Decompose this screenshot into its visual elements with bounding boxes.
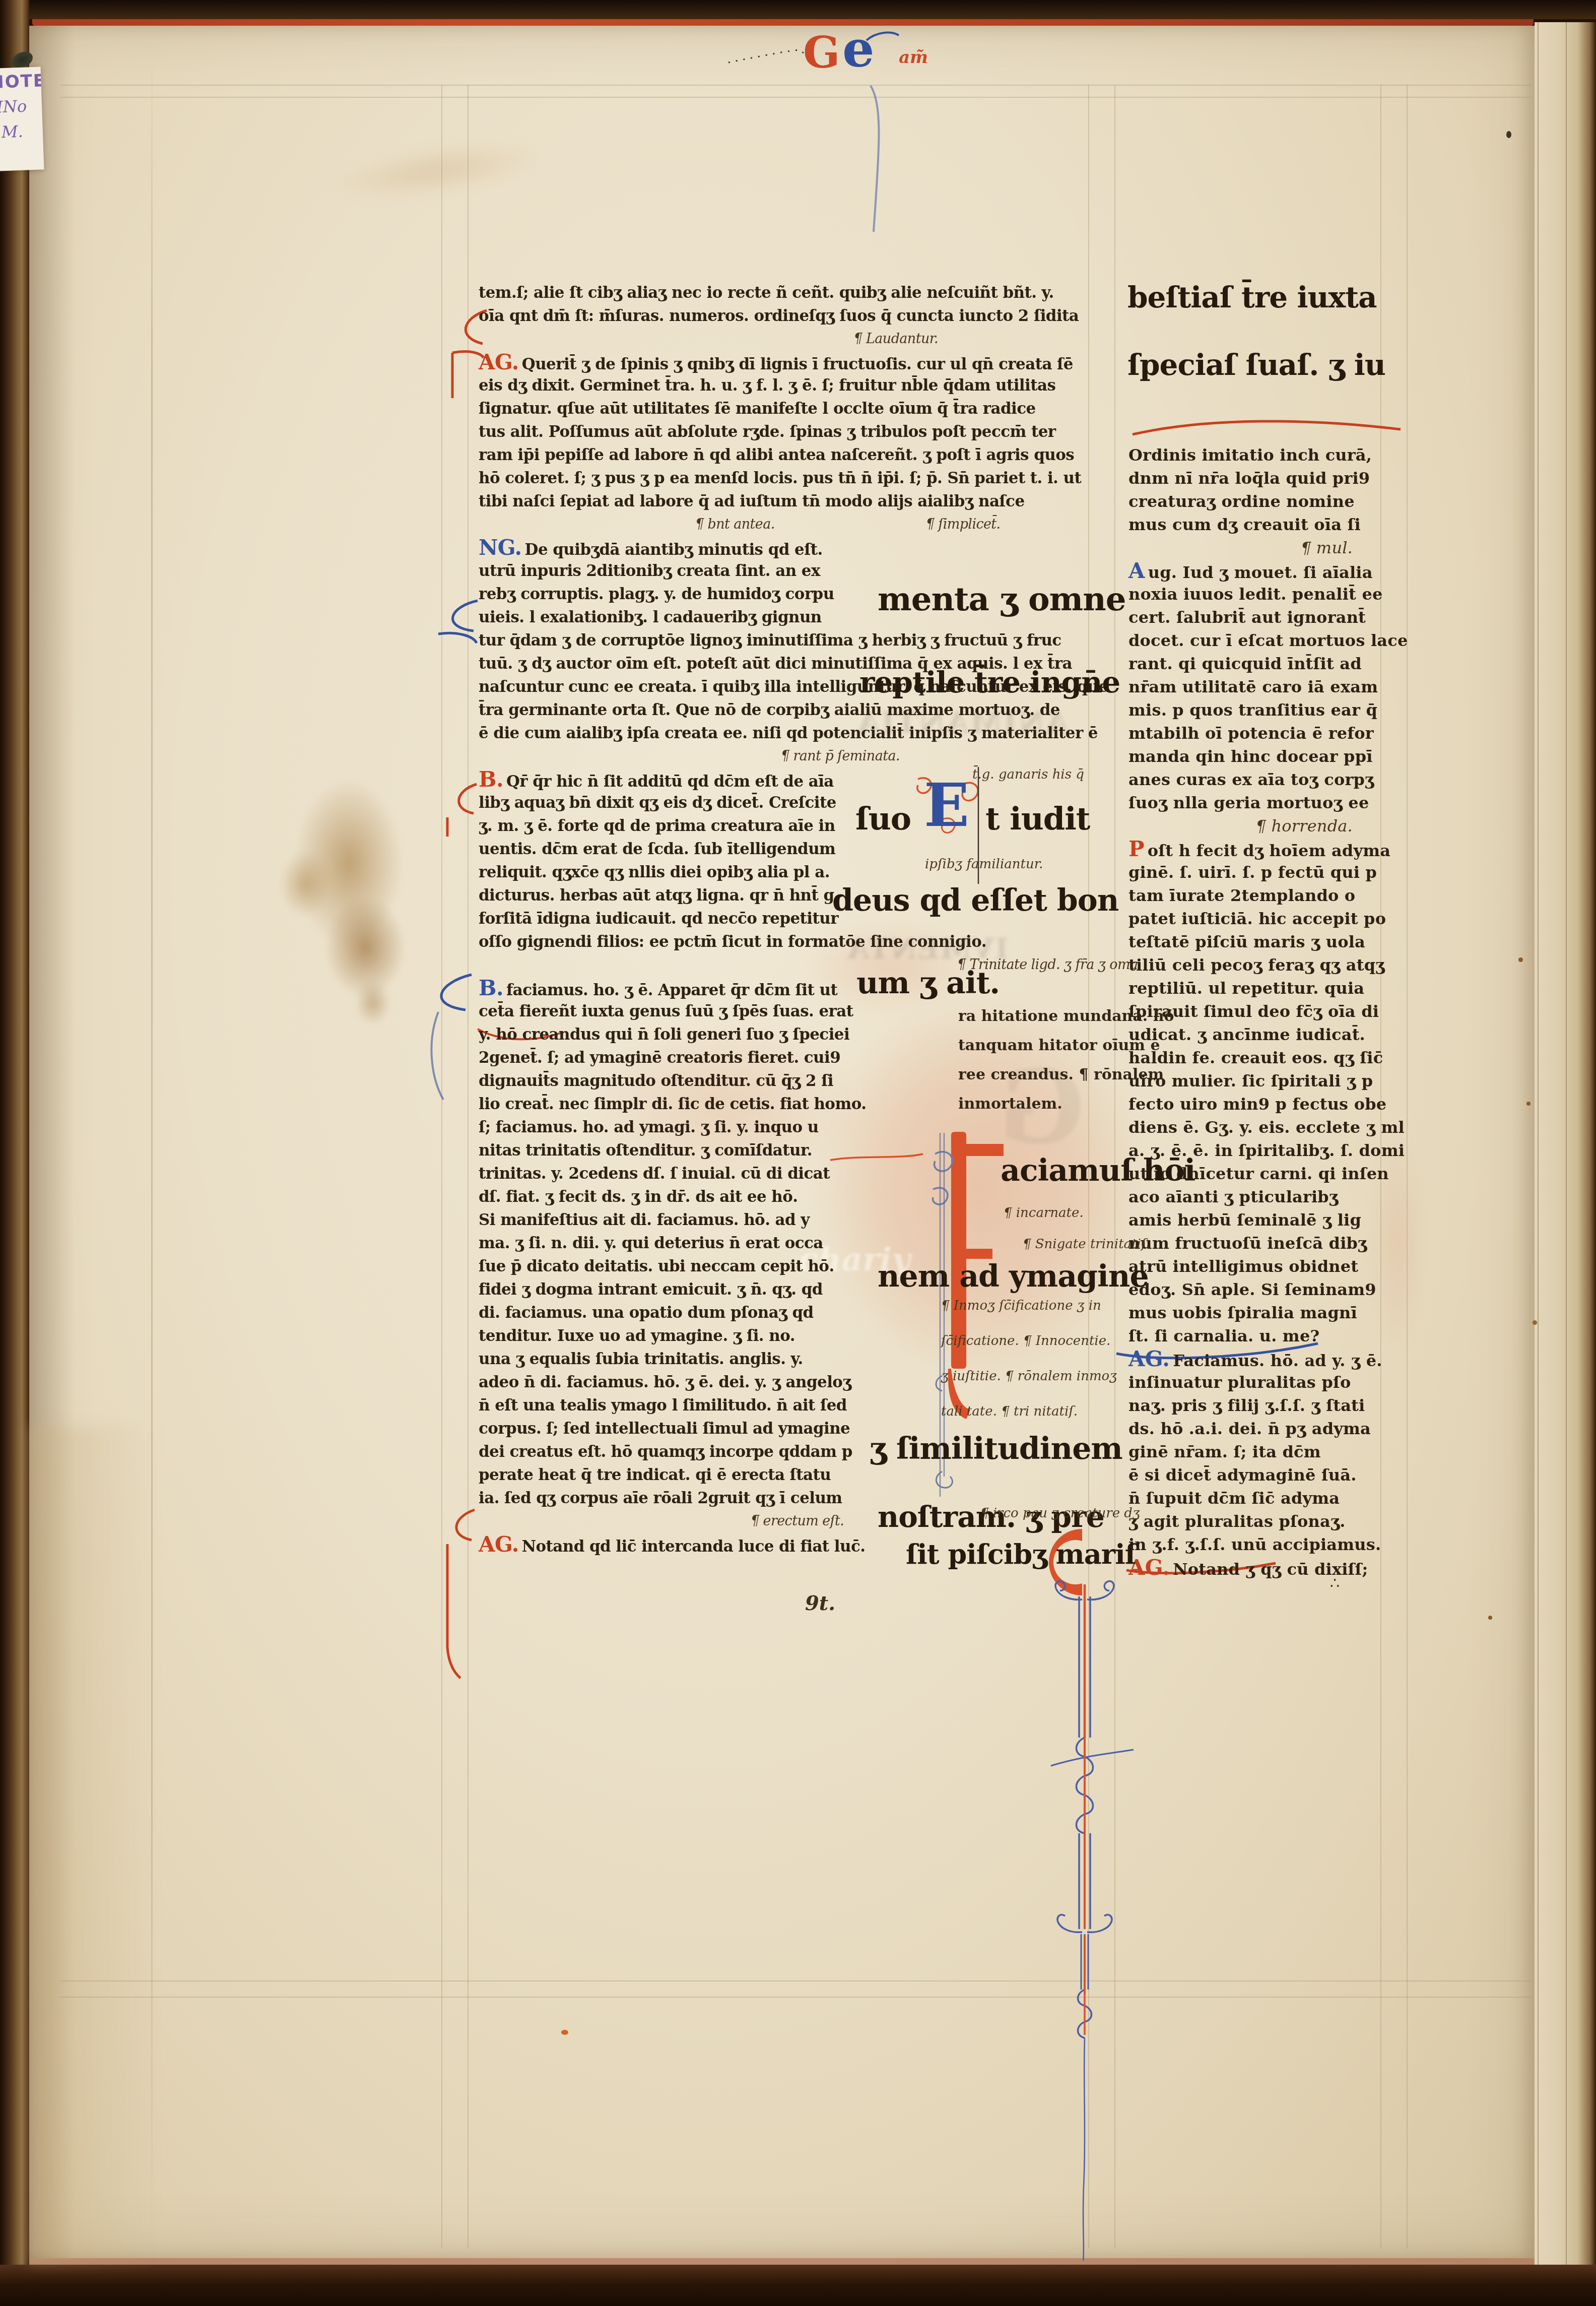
line-text: ia. ſed qʒ corpus aīe rōali 2gruit qʒ ī … <box>479 1489 842 1507</box>
text-line: Aug. Iud ʒ mouet. ſi aīalia <box>1128 559 1383 583</box>
line-text: t̄ra germinante orta ſt. Que nō de corpi… <box>479 701 1060 719</box>
gloss-block-line: inmortalem. <box>958 1090 1140 1119</box>
line-text: rant. qi quicquid īnt̄ſit ad <box>1128 654 1362 673</box>
leather-binding-bottom <box>0 2265 1596 2306</box>
text-line: aco aīanti ʒ pticularibʒ <box>1128 1185 1383 1208</box>
line-text: trinitas. y. 2cedens dſ. ſ inuial. cū di… <box>479 1165 830 1183</box>
line-text: ug. Iud ʒ mouet. ſi aīalia <box>1148 563 1373 582</box>
line-text: cert. ſalubrit̄ aut ignorant̄ <box>1128 608 1366 627</box>
text-line: mus uobis ſpiralia magnī <box>1128 1301 1383 1324</box>
text-line: manda qin hinc docear ppī <box>1128 745 1383 768</box>
text-line: utrū inpuris 2ditionibʒ creata ſint. an … <box>479 559 1089 583</box>
line-text: Ordinis imitatio inch curā, <box>1128 445 1372 465</box>
line-text: aco aīanti ʒ pticularibʒ <box>1128 1187 1338 1206</box>
line-text: reptiliū. ul repetitur. quia <box>1128 979 1364 998</box>
red-dyed-page-edge <box>32 19 1534 26</box>
label-text: LIOTE <box>0 71 41 93</box>
line-text: n̄ eſt una tealis ymago l ſimilitudo. n̄… <box>479 1396 847 1415</box>
running-header-letter-g: G <box>803 27 840 78</box>
left-text-column: tem.ſ; alie ſt cibʒ aliaʒ nec io recte ñ… <box>479 281 1089 1556</box>
ruling-line <box>60 97 1532 98</box>
line-text: udicat. ʒ ancīnme iudicat̄. <box>1128 1025 1365 1044</box>
line-text: y. hō creandus qui n̄ ſoli generi ſuo ʒ … <box>479 1026 849 1044</box>
line-text: edoʒ. Sn̄ aple. Si ſeminam9 <box>1128 1280 1376 1299</box>
line-text: tem.ſ; alie ſt cibʒ aliaʒ nec io recte ñ… <box>479 284 1054 302</box>
interlinear-gloss: t̄.g. ganaris his q̄ <box>972 767 1084 782</box>
line-text: manda qin hinc docear ppī <box>1128 747 1373 766</box>
text-line: ʒ agit pluralitas pſonaʒ. <box>1128 1510 1383 1533</box>
line-text: tibi naſci ſepiat ad labore q̄ ad iuſtum… <box>479 492 1025 510</box>
text-line: patet iuſticiā. hic accepit po <box>1128 907 1383 930</box>
text-line: oſſo gignendi filios: ee pctm̄ ſicut in … <box>479 930 1089 953</box>
text-line: mus cum dʒ creauit oīa ſi <box>1128 513 1383 536</box>
line-text: oſſo gignendi filios: ee pctm̄ ſicut in … <box>479 933 986 951</box>
bible-text-display-line: reptile t̄re ingn̄e <box>859 665 1120 699</box>
line-text: ¶ Laudantur. <box>853 331 938 347</box>
bible-text-display-line: nem ad ymagine <box>878 1259 1149 1294</box>
text-line: ¶ mul. <box>1128 536 1383 559</box>
line-text: cet̄a fiereñt iuxta genus ſuū ʒ ſpēs ſua… <box>479 1002 853 1020</box>
line-text: in ʒ.f. ʒ.ſ.ſ. unū accipiamus. <box>1128 1535 1381 1554</box>
label-text: INo <box>0 96 42 116</box>
text-line: perate heat q̄ tre indicat. qi ē erecta … <box>479 1463 1089 1487</box>
text-line: ſuoʒ nlla geria mortuoʒ ee <box>1128 791 1383 814</box>
fore-edge-line <box>1538 22 1539 2265</box>
line-text: nitas trinitatis oſtenditur. ʒ comīſdatu… <box>479 1141 812 1160</box>
text-line: tam īurate 2templando o <box>1128 884 1383 907</box>
gloss-block-line: tanquam hitator oīum e <box>958 1031 1140 1060</box>
text-line: ds. hō .a.i. dei. n̄ pʒ adyma <box>1128 1417 1383 1440</box>
line-text: uiro mulier. ſic ſpiritali ʒ p <box>1128 1071 1373 1091</box>
ruling-line <box>468 85 469 2249</box>
bible-text-display-line: menta ʒ omne <box>878 581 1126 618</box>
text-line: diens ē. Gʒ. y. eis. ecclete ʒ ml <box>1128 1116 1383 1139</box>
bible-text-display-line: ſit piſcibʒ mariſ <box>906 1538 1136 1570</box>
colored-initial: P <box>1128 837 1145 861</box>
red-paragraph-bracket-tail <box>442 1506 483 1687</box>
text-line: nitas trinitatis oſtenditur. ʒ comīſdatu… <box>479 1139 1089 1162</box>
line-text: lio creat̄. nec ſimplr di. ſic de cetis.… <box>479 1095 866 1113</box>
line-text: ſ; faciamus. ho. ad ymagi. ʒ ſi. y. inqu… <box>479 1118 819 1136</box>
line-text: atrū intelligimus obidnet <box>1128 1257 1358 1276</box>
fore-edge-leaves <box>1535 22 1596 2265</box>
line-text: ſuoʒ nlla geria mortuoʒ ee <box>1128 793 1369 812</box>
pen-trial-dashes <box>725 43 816 74</box>
parchment-crease <box>151 45 153 2243</box>
bible-text-display-line: um ʒ ait. <box>856 966 1000 1001</box>
text-line: in ʒ.f. ʒ.ſ.ſ. unū accipiamus. <box>1128 1533 1383 1556</box>
text-line: ſignatur. qſue aūt utilitates ſē manifeſ… <box>479 397 1089 420</box>
line-text: dignauit̄s magnitudo oſtenditur. cū q̄ʒ … <box>479 1072 833 1090</box>
colored-initial: B. <box>479 767 503 792</box>
line-text: Notand qd lic̄ intercanda luce di fiat l… <box>522 1538 866 1556</box>
line-text: tiliū celi pecoʒ feraʒ qʒ atqʒ <box>1128 955 1385 975</box>
line-text: ¶ mul. <box>1301 538 1353 557</box>
line-text: mus cum dʒ creauit oīa ſi <box>1128 515 1361 534</box>
colored-initial: NG. <box>479 535 522 560</box>
rust-speck <box>1488 1616 1492 1620</box>
orange-speck <box>561 2030 568 2035</box>
line-text: num fructuoſū ineſcā dibʒ <box>1128 1234 1367 1253</box>
text-line: ē si dicet̄ adymaginē ſuā. <box>1128 1463 1383 1487</box>
rust-speck <box>1518 957 1523 962</box>
text-line: ram ip̄i pepiſſe ad labore n̄ qd alibi a… <box>479 443 1089 467</box>
line-text: ginē. ſ. uirī. ſ. p fectū qui p <box>1128 863 1377 882</box>
text-line: t̄ra germinante orta ſt. Que nō de corpi… <box>479 698 1089 722</box>
line-text: dſ. fiat. ʒ fecit ds. ʒ in dr̄. ds ait e… <box>479 1188 797 1206</box>
colored-initial: AG. <box>479 350 519 374</box>
line-text: ds. hō .a.i. dei. n̄ pʒ adyma <box>1128 1419 1371 1438</box>
ruling-line <box>60 85 1532 86</box>
text-line: teſtatē piſciū maris ʒ uola <box>1128 930 1383 953</box>
interlinear-gloss: ¶ Inmoʒ ſc̄ificatione ʒ in <box>941 1298 1101 1313</box>
line-text: dicturus. herbas aūt atqʒ ligna. qr n̄ h… <box>479 886 834 905</box>
text-line: fecto uiro min9 p fectus obe <box>1128 1093 1383 1116</box>
line-text: mtabilh oī potencia ē refor <box>1128 724 1374 743</box>
line-text: ginē nr̄am. ſ; ita dc̄m <box>1128 1442 1321 1461</box>
line-text: ma. ʒ ſi. n. dii. y. qui deterius n̄ era… <box>479 1234 823 1252</box>
line-text: ē die cum aialibʒ ipſa creata ee. niſi q… <box>479 724 1098 742</box>
ruling-line <box>60 1997 1532 1998</box>
ruling-line <box>60 1980 1532 1981</box>
text-line: anes curas ex aīa toʒ corpʒ <box>1128 768 1383 791</box>
interlinear-gloss-block: ra hitatione mundana. hōtanquam hitator … <box>958 1002 1140 1119</box>
text-line: haldin fe. creauit eos. qʒ ſic̄ <box>1128 1046 1383 1069</box>
ink-speck <box>1506 131 1511 138</box>
text-line: ginē. ſ. uirī. ſ. p fectū qui p <box>1128 861 1383 884</box>
line-text: patet iuſticiā. hic accepit po <box>1128 909 1386 928</box>
text-line: ſt. ſi carnalia. u. me? <box>1128 1324 1383 1348</box>
text-line: num fructuoſū ineſcā dibʒ <box>1128 1232 1383 1255</box>
leather-binding-top <box>0 0 1596 19</box>
line-text: uieis. l exalationibʒ. l cadaueribʒ gign… <box>479 608 822 626</box>
text-line: edoʒ. Sn̄ aple. Si ſeminam9 <box>1128 1278 1383 1301</box>
text-line: ¶ horrenda. <box>1128 814 1383 838</box>
interlinear-gloss: tali tate. ¶ tri nitatiſ. <box>941 1404 1078 1419</box>
text-line: atrū intelligimus obidnet <box>1128 1255 1383 1278</box>
text-line: eis dʒ dixit. Germinet t̄ra. h. u. ʒ f. … <box>479 374 1089 397</box>
rust-speck <box>1533 1320 1537 1325</box>
line-text: ram ip̄i pepiſſe ad labore n̄ qd alibi a… <box>479 446 1074 464</box>
line-text: ſt. ſi carnalia. u. me? <box>1128 1326 1319 1346</box>
colored-initial: AG. <box>479 1532 519 1557</box>
text-line: amis herbū ſeminalē ʒ lig <box>1128 1208 1383 1232</box>
line-text: perate heat q̄ tre indicat. qi ē erecta … <box>479 1466 831 1484</box>
text-line: AG.Faciamus. hō. ad y. ʒ ē. <box>1128 1348 1383 1371</box>
text-line: creaturaʒ ordine nomine <box>1128 490 1383 513</box>
text-line: mtabilh oī potencia ē refor <box>1128 722 1383 745</box>
text-line: reptiliū. ul repetitur. quia <box>1128 977 1383 1000</box>
line-text: di. faciamus. una opatio dum pſonaʒ qd <box>479 1304 814 1322</box>
line-text: tus alit. Poſſumus aūt abſolute rʒde. ſp… <box>479 423 1056 441</box>
line-text: amis herbū ſeminalē ʒ lig <box>1128 1210 1361 1230</box>
line-text: mis. p quos tranſitius ear q̄ <box>1128 700 1377 720</box>
red-paraph-and-pen-flourish <box>1039 1526 1150 2272</box>
catchword-mark: 9t. <box>805 1591 835 1615</box>
line-text: oīa qnt dm̄ ſt: m̄ſuras. numeros. ordine… <box>479 307 1079 325</box>
label-text: M. <box>1 121 43 142</box>
line-text: corpus. ſ; ſed intellectuali ſimul ad ym… <box>479 1420 850 1438</box>
line-text: anes curas ex aīa toʒ corpʒ <box>1128 770 1374 789</box>
text-line: hō coleret. ſ; ʒ pus ʒ p ea menſd locis.… <box>479 467 1089 490</box>
text-line: nr̄am utilitatē caro iā exam <box>1128 675 1383 698</box>
text-line: tur q̄dam ʒ de corruptōe lignoʒ iminutiſ… <box>479 629 1089 652</box>
text-line: tiliū celi pecoʒ feraʒ qʒ atqʒ <box>1128 953 1383 977</box>
text-line: ¶ Laudantur. <box>479 328 1089 351</box>
text-line: Si manifeſtius ait di. faciamus. hō. ad … <box>479 1208 1089 1232</box>
text-line: ¶ bnt antea.¶ ſimplicet̄. <box>479 513 1089 536</box>
line-text: rebʒ corruptis. plagʒ. y. de humidoʒ cor… <box>479 585 834 603</box>
text-line: NG.De quibʒdā aiantibʒ minutis qd eſt. <box>479 536 1089 559</box>
line-text: ſue p̄ dicato deitatis. ubi neccam cepit… <box>479 1257 834 1275</box>
line-text: tenditur. Iuxe uo ad ymagine. ʒ ſi. no. <box>479 1327 795 1345</box>
line-text: docet. cur ī eſcat mortuos lace <box>1128 631 1408 650</box>
text-line: uiro mulier. ſic ſpiritali ʒ p <box>1128 1069 1383 1093</box>
red-paragraph-bracket <box>443 780 484 841</box>
text-line: tibi naſci ſepiat ad labore q̄ ad iuſtum… <box>479 490 1089 513</box>
header-red-squiggle: am̃ <box>899 47 928 68</box>
line-text: hō coleret. ſ; ʒ pus ʒ p ea menſd locis.… <box>479 469 1081 487</box>
text-line: una ʒ equalis ſubia trinitatis. anglis. … <box>479 1348 1089 1371</box>
line-text: faciamus. ho. ʒ ē. Apparet q̄r dc̄m ſit … <box>506 981 837 999</box>
ruling-line <box>441 85 442 2249</box>
text-line: AG.Querit̄ ʒ de ſpinis ʒ qnibʒ dī lignis… <box>479 351 1089 374</box>
bible-text-display-line: deus qd eſſet bon <box>832 883 1118 918</box>
line-text: dei creatus eſt. hō quamqʒ incorpe qddam… <box>479 1443 852 1461</box>
line-text: De quibʒdā aiantibʒ minutis qd eſt. <box>525 541 823 559</box>
library-label: LIOTE INo M. <box>0 67 44 171</box>
line-text: ¶ erectum eſt. <box>751 1513 844 1529</box>
colored-initial: AG. <box>1128 1347 1170 1371</box>
line-text: n̄ ſupuit dc̄m ſic̄ adyma <box>1128 1489 1340 1508</box>
text-line: dnm nī nr̄a loq̄la quid pri9 <box>1128 467 1383 490</box>
line-text: inſinuatur pluralitas pſo <box>1128 1373 1351 1392</box>
line-text: diens ē. Gʒ. y. eis. ecclete ʒ ml <box>1128 1118 1405 1137</box>
text-line: ſ; faciamus. ho. ad ymagi. ʒ ſi. y. inqu… <box>479 1116 1089 1139</box>
gloss-block-line: ree creandus. ¶ rōnalem <box>958 1060 1140 1090</box>
text-line: udicat. ʒ ancīnme iudicat̄. <box>1128 1023 1383 1046</box>
line-text: Si manifeſtius ait di. faciamus. hō. ad … <box>479 1211 810 1229</box>
interlinear-gloss: ʒ iuſtitie. ¶ rōnalem inmoʒ <box>941 1369 1117 1384</box>
gutter-shadow <box>29 26 75 2258</box>
line-text: ʒ agit pluralitas pſonaʒ. <box>1128 1512 1346 1531</box>
line-text: Faciamus. hō. ad y. ʒ ē. <box>1173 1351 1382 1370</box>
line-text: ¶ horrenda. <box>1256 816 1353 836</box>
line-text: ʒ. m. ʒ ē. forte qd de prima creatura aī… <box>479 817 835 835</box>
text-line: cert. ſalubrit̄ aut ignorant̄ <box>1128 606 1383 629</box>
line-text: ē si dicet̄ adymaginē ſuā. <box>1128 1465 1357 1485</box>
text-line: docet. cur ī eſcat mortuos lace <box>1128 629 1383 652</box>
colored-initial: A <box>1128 558 1145 583</box>
text-line: Poſt h fecit dʒ hoīem adyma <box>1128 838 1383 861</box>
line-text: tur q̄dam ʒ de corruptōe lignoʒ iminutiſ… <box>479 631 1061 650</box>
line-text: creaturaʒ ordine nomine <box>1128 492 1355 511</box>
line-text: dnm nī nr̄a loq̄la quid pri9 <box>1128 469 1370 488</box>
fore-edge-line <box>1566 22 1567 2265</box>
text-line: tem.ſ; alie ſt cibʒ aliaʒ nec io recte ñ… <box>479 281 1089 304</box>
line-text: teſtatē piſciū maris ʒ uola <box>1128 932 1365 951</box>
line-text: Querit̄ ʒ de ſpinis ʒ qnibʒ dī lignis ī … <box>522 355 1073 373</box>
text-line: oīa qnt dm̄ ſt: m̄ſuras. numeros. ordine… <box>479 304 1089 328</box>
interlinear-gloss: ¶ incarnate. <box>1004 1205 1084 1221</box>
interlinear-gloss: ipſibʒ familiantur. <box>925 857 1043 872</box>
signature-dots: ∴ <box>1330 1574 1340 1592</box>
text-line: ginē nr̄am. ſ; ita dc̄m <box>1128 1440 1383 1463</box>
interlinear-gloss: ¶ Snigate trinitatiſ. <box>1023 1237 1150 1252</box>
text-line: ē die cum aialibʒ ipſa creata ee. niſi q… <box>479 722 1089 745</box>
line-text: forſitā īdigna iudicauit. qd necc̄o repe… <box>479 910 838 928</box>
line-text: mus uobis ſpiralia magnī <box>1128 1303 1357 1322</box>
line-text: fidei ʒ dogma intrant emicuit. ʒ n̄. qʒ.… <box>479 1280 823 1299</box>
line-text: haldin fe. creauit eos. qʒ ſic̄ <box>1128 1048 1383 1067</box>
line-text: ¶ bnt antea. <box>695 517 775 532</box>
line-text: una ʒ equalis ſubia trinitatis. anglis. … <box>479 1350 803 1368</box>
gloss-block-line: ra hitatione mundana. hō <box>958 1002 1140 1031</box>
line-text: eis dʒ dixit. Germinet t̄ra. h. u. ʒ f. … <box>479 376 1055 395</box>
colored-initial: B. <box>479 976 503 1000</box>
text-line: rant. qi quicquid īnt̄ſit ad <box>1128 652 1383 675</box>
line-text: 2genet̄. ſ; ad ymaginē creatoris fieret.… <box>479 1049 840 1067</box>
interlinear-gloss: ſc̄ificatione. ¶ Innocentie. <box>941 1333 1110 1349</box>
manuscript-photo: { "document_type": "Medieval manuscript … <box>0 0 1596 2306</box>
text-line: ma. ʒ ſi. n. dii. y. qui deterius n̄ era… <box>479 1232 1089 1255</box>
rust-speck <box>1526 1102 1531 1106</box>
line-text: adeo n̄ di. faciamus. hō. ʒ ē. dei. y. ʒ… <box>479 1373 851 1391</box>
leather-binding-left <box>0 0 29 2306</box>
line-text: uentis. dc̄m erat de ſcda. ſub ītelligen… <box>479 840 835 858</box>
text-line: n̄ ſupuit dc̄m ſic̄ adyma <box>1128 1487 1383 1510</box>
line-text: ſignatur. qſue aūt utilitates ſē manifeſ… <box>479 400 1036 418</box>
text-line: tus alit. Poſſumus aūt abſolute rʒde. ſp… <box>479 420 1089 443</box>
line-text: oſt h fecit dʒ hoīem adyma <box>1148 841 1390 860</box>
bible-text-display-line: aciamuſ hōi <box>1001 1153 1195 1188</box>
text-line: AG.Notand ʒ qʒ cū dixiſſ; <box>1128 1556 1383 1579</box>
bible-text-display-line: t iudit <box>985 800 1090 837</box>
text-line: inſinuatur pluralitas pſo <box>1128 1371 1383 1394</box>
line-text: naʒ. pris ʒ filij ʒ.ſ.ſ. ʒ ſtati <box>1128 1396 1365 1415</box>
text-line: dſ. fiat. ʒ fecit ds. ʒ in dr̄. ds ait e… <box>479 1185 1089 1208</box>
red-underline-flourish <box>1127 412 1410 447</box>
bible-text-display-line: ʒ ſimilitudinem <box>870 1431 1122 1466</box>
text-line: noxia iuuos ledit. penalit̄ ee <box>1128 583 1383 606</box>
blue-paragraph-swash <box>434 596 485 666</box>
text-line: trinitas. y. 2cedens dſ. ſ inuial. cū di… <box>479 1162 1089 1185</box>
line-text: ¶ rant p̄ ſeminata. <box>781 748 900 764</box>
line-text: reliquit. qʒxc̄e qʒ nllis diei opibʒ ali… <box>479 863 830 881</box>
line-text: ¶ ſimplicet̄. <box>926 517 1001 532</box>
ruling-line <box>1407 85 1408 2249</box>
interlinear-gloss: ¶ irco pau ʒ creature dʒ <box>980 1506 1140 1521</box>
line-text: fecto uiro min9 p fectus obe <box>1128 1095 1386 1114</box>
text-line: mis. p quos tranſitius ear q̄ <box>1128 698 1383 722</box>
line-text: noxia iuuos ledit. penalit̄ ee <box>1128 585 1383 604</box>
line-text: tam īurate 2templando o <box>1128 886 1355 905</box>
line-text: libʒ aquaʒ bn̄ dixit qʒ eis dʒ dicet̄. C… <box>479 794 836 812</box>
bible-text-display-line: ſpeciaſ ſuaſ. ʒ iu <box>1127 348 1385 382</box>
text-line: ¶ rant p̄ ſeminata. <box>479 745 1089 768</box>
line-text: nr̄am utilitatē caro iā exam <box>1128 677 1378 696</box>
bible-text-display-line: ſuo <box>855 800 911 837</box>
line-text: utrū inpuris 2ditionibʒ creata ſint. an … <box>479 562 820 580</box>
text-line: Ordinis imitatio inch curā, <box>1128 443 1383 467</box>
bible-text-display-line: beſtiaſ t̄re iuxta <box>1127 280 1377 314</box>
line-text: Qr̄ q̄r hic n̄ ſit additū qd dc̄m eſt de… <box>506 773 834 791</box>
text-line: naʒ. pris ʒ filij ʒ.ſ.ſ. ʒ ſtati <box>1128 1394 1383 1417</box>
